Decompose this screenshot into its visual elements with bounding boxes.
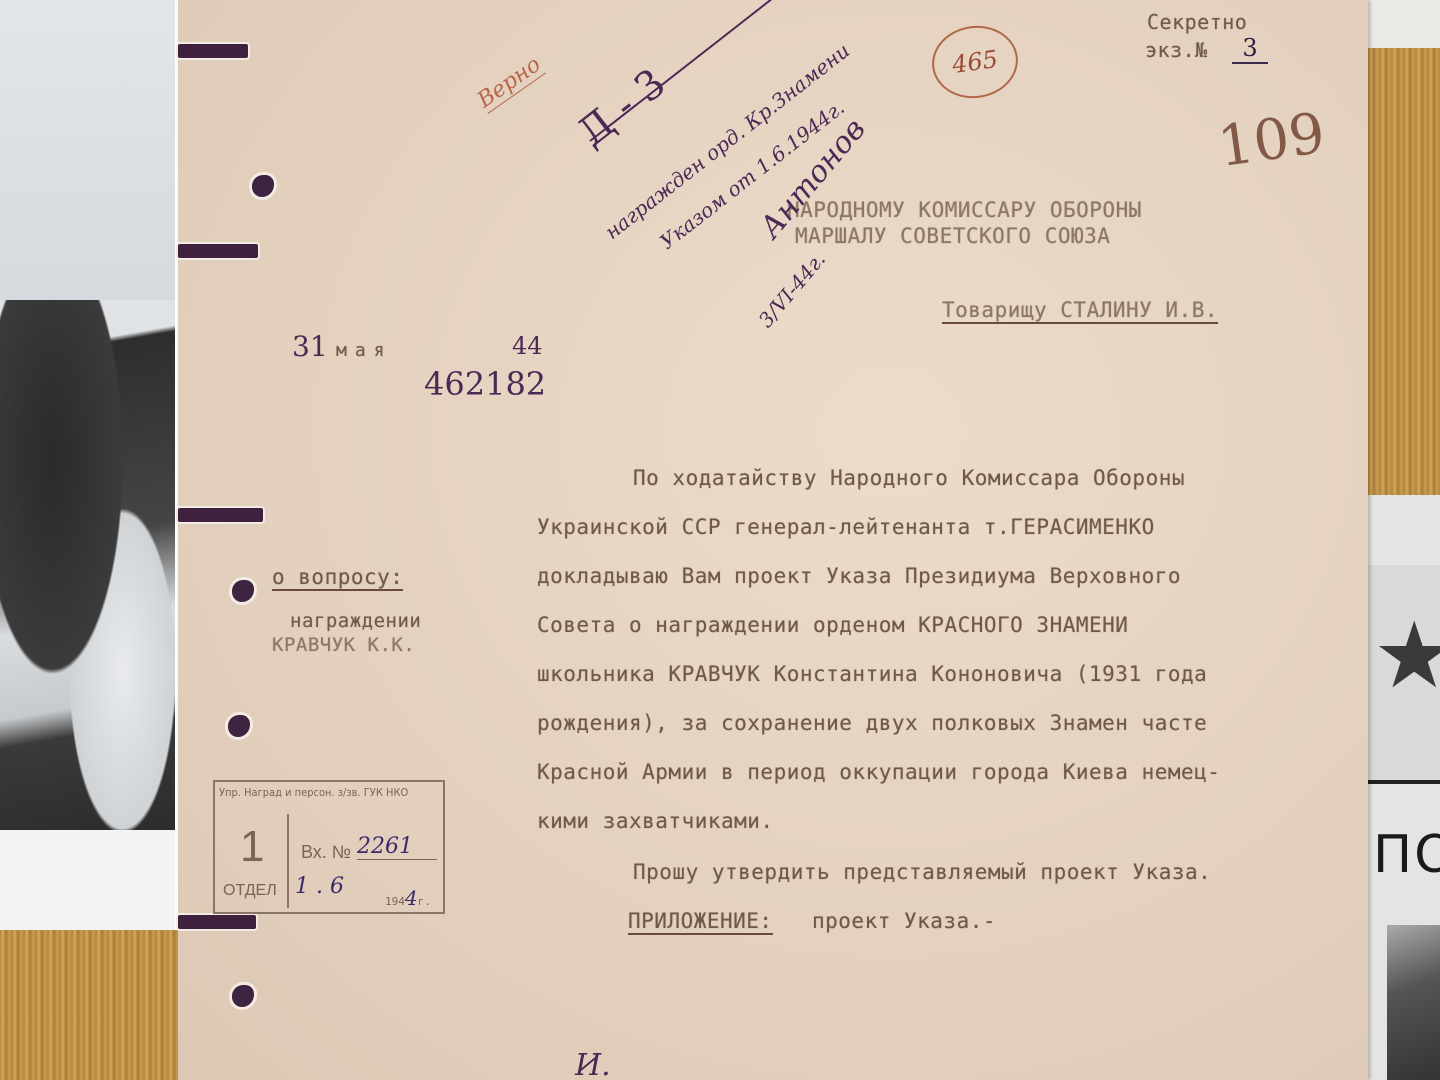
addressee-line-2: МАРШАЛУ СОВЕТСКОГО СОЮЗА <box>795 224 1110 248</box>
body-line-8: кими захватчиками. <box>537 809 774 833</box>
date-month: мая <box>336 340 393 361</box>
copy-label: экз.№ <box>1145 38 1208 62</box>
binding-mark <box>178 915 256 929</box>
registration-stamp: Упр. Наград и персон. з/зв. ГУК НКО 1 ОТ… <box>213 780 445 914</box>
request-line: Прошу утвердить представляемый проект Ук… <box>633 860 1211 884</box>
soviet-star-icon: ★ <box>1373 610 1440 702</box>
copy-number: 3 <box>1232 34 1268 64</box>
photo-sky <box>0 0 175 330</box>
poster-text: ПО <box>1373 825 1440 885</box>
subject-heading: о вопросу: <box>272 565 403 591</box>
subject-line-2: КРАВЧУК К.К. <box>272 634 415 656</box>
secrecy-label: Секретно <box>1147 10 1247 34</box>
body-line-7: Красной Армии в период оккупации города … <box>537 760 1220 784</box>
addressee-line-3: Товарищу СТАЛИНУ И.В. <box>942 298 1218 324</box>
body-line-2: Украинской ССР генерал-лейтенанта т.ГЕРА… <box>537 515 1155 539</box>
body-line-6: рождения), за сохранение двух полковых З… <box>537 711 1207 735</box>
stamp-incoming-number: 2261 <box>357 834 437 860</box>
punch-hole <box>252 175 274 197</box>
binding-mark <box>178 44 248 58</box>
addressee-line-1: НАРОДНОМУ КОМИССАРУ ОБОРОНЫ <box>787 198 1142 222</box>
punch-hole <box>232 985 254 1007</box>
left-photograph <box>0 0 178 930</box>
stamp-incoming-label: Вх. № <box>301 842 351 863</box>
poster-photo <box>1387 925 1440 1080</box>
binding-mark <box>178 508 263 522</box>
body-line-3: докладываю Вам проект Указа Президиума В… <box>537 564 1181 588</box>
binding-mark <box>178 244 258 258</box>
subject-line-1: награждении <box>290 610 421 632</box>
stamp-department-number: 1 <box>240 822 264 872</box>
date-day: 31 <box>292 330 328 363</box>
date-year: 44 <box>512 332 543 360</box>
body-line-4: Совета о награждении орденом КРАСНОГО ЗН… <box>537 613 1128 637</box>
attachment-text: проект Указа.- <box>812 909 996 933</box>
poster-divider <box>1365 780 1440 784</box>
punch-hole <box>228 715 250 737</box>
body-line-5: школьника КРАВЧУК Константина Кононовича… <box>537 662 1207 686</box>
stamp-department-label: ОТДЕЛ <box>223 882 277 900</box>
bottom-mark: И. <box>575 1048 611 1080</box>
photo-border <box>0 830 175 930</box>
stamp-date: 1 . 6 <box>295 874 344 899</box>
body-line-1: По ходатайству Народного Комиссара Оборо… <box>633 466 1185 490</box>
punch-hole <box>232 580 254 602</box>
right-poster: ★ ПО <box>1362 495 1440 1080</box>
stamp-header: Упр. Наград и персон. з/зв. ГУК НКО <box>219 786 408 799</box>
outgoing-number: 462182 <box>424 365 546 403</box>
photo-scene <box>0 300 175 830</box>
attachment-label: ПРИЛОЖЕНИЕ: <box>628 909 773 935</box>
stamp-date-day: 1 <box>295 874 309 899</box>
right-poster-top <box>1368 0 1440 48</box>
stamp-date-year: 1944г. <box>385 886 431 910</box>
stamp-date-month: 6 <box>330 874 344 899</box>
